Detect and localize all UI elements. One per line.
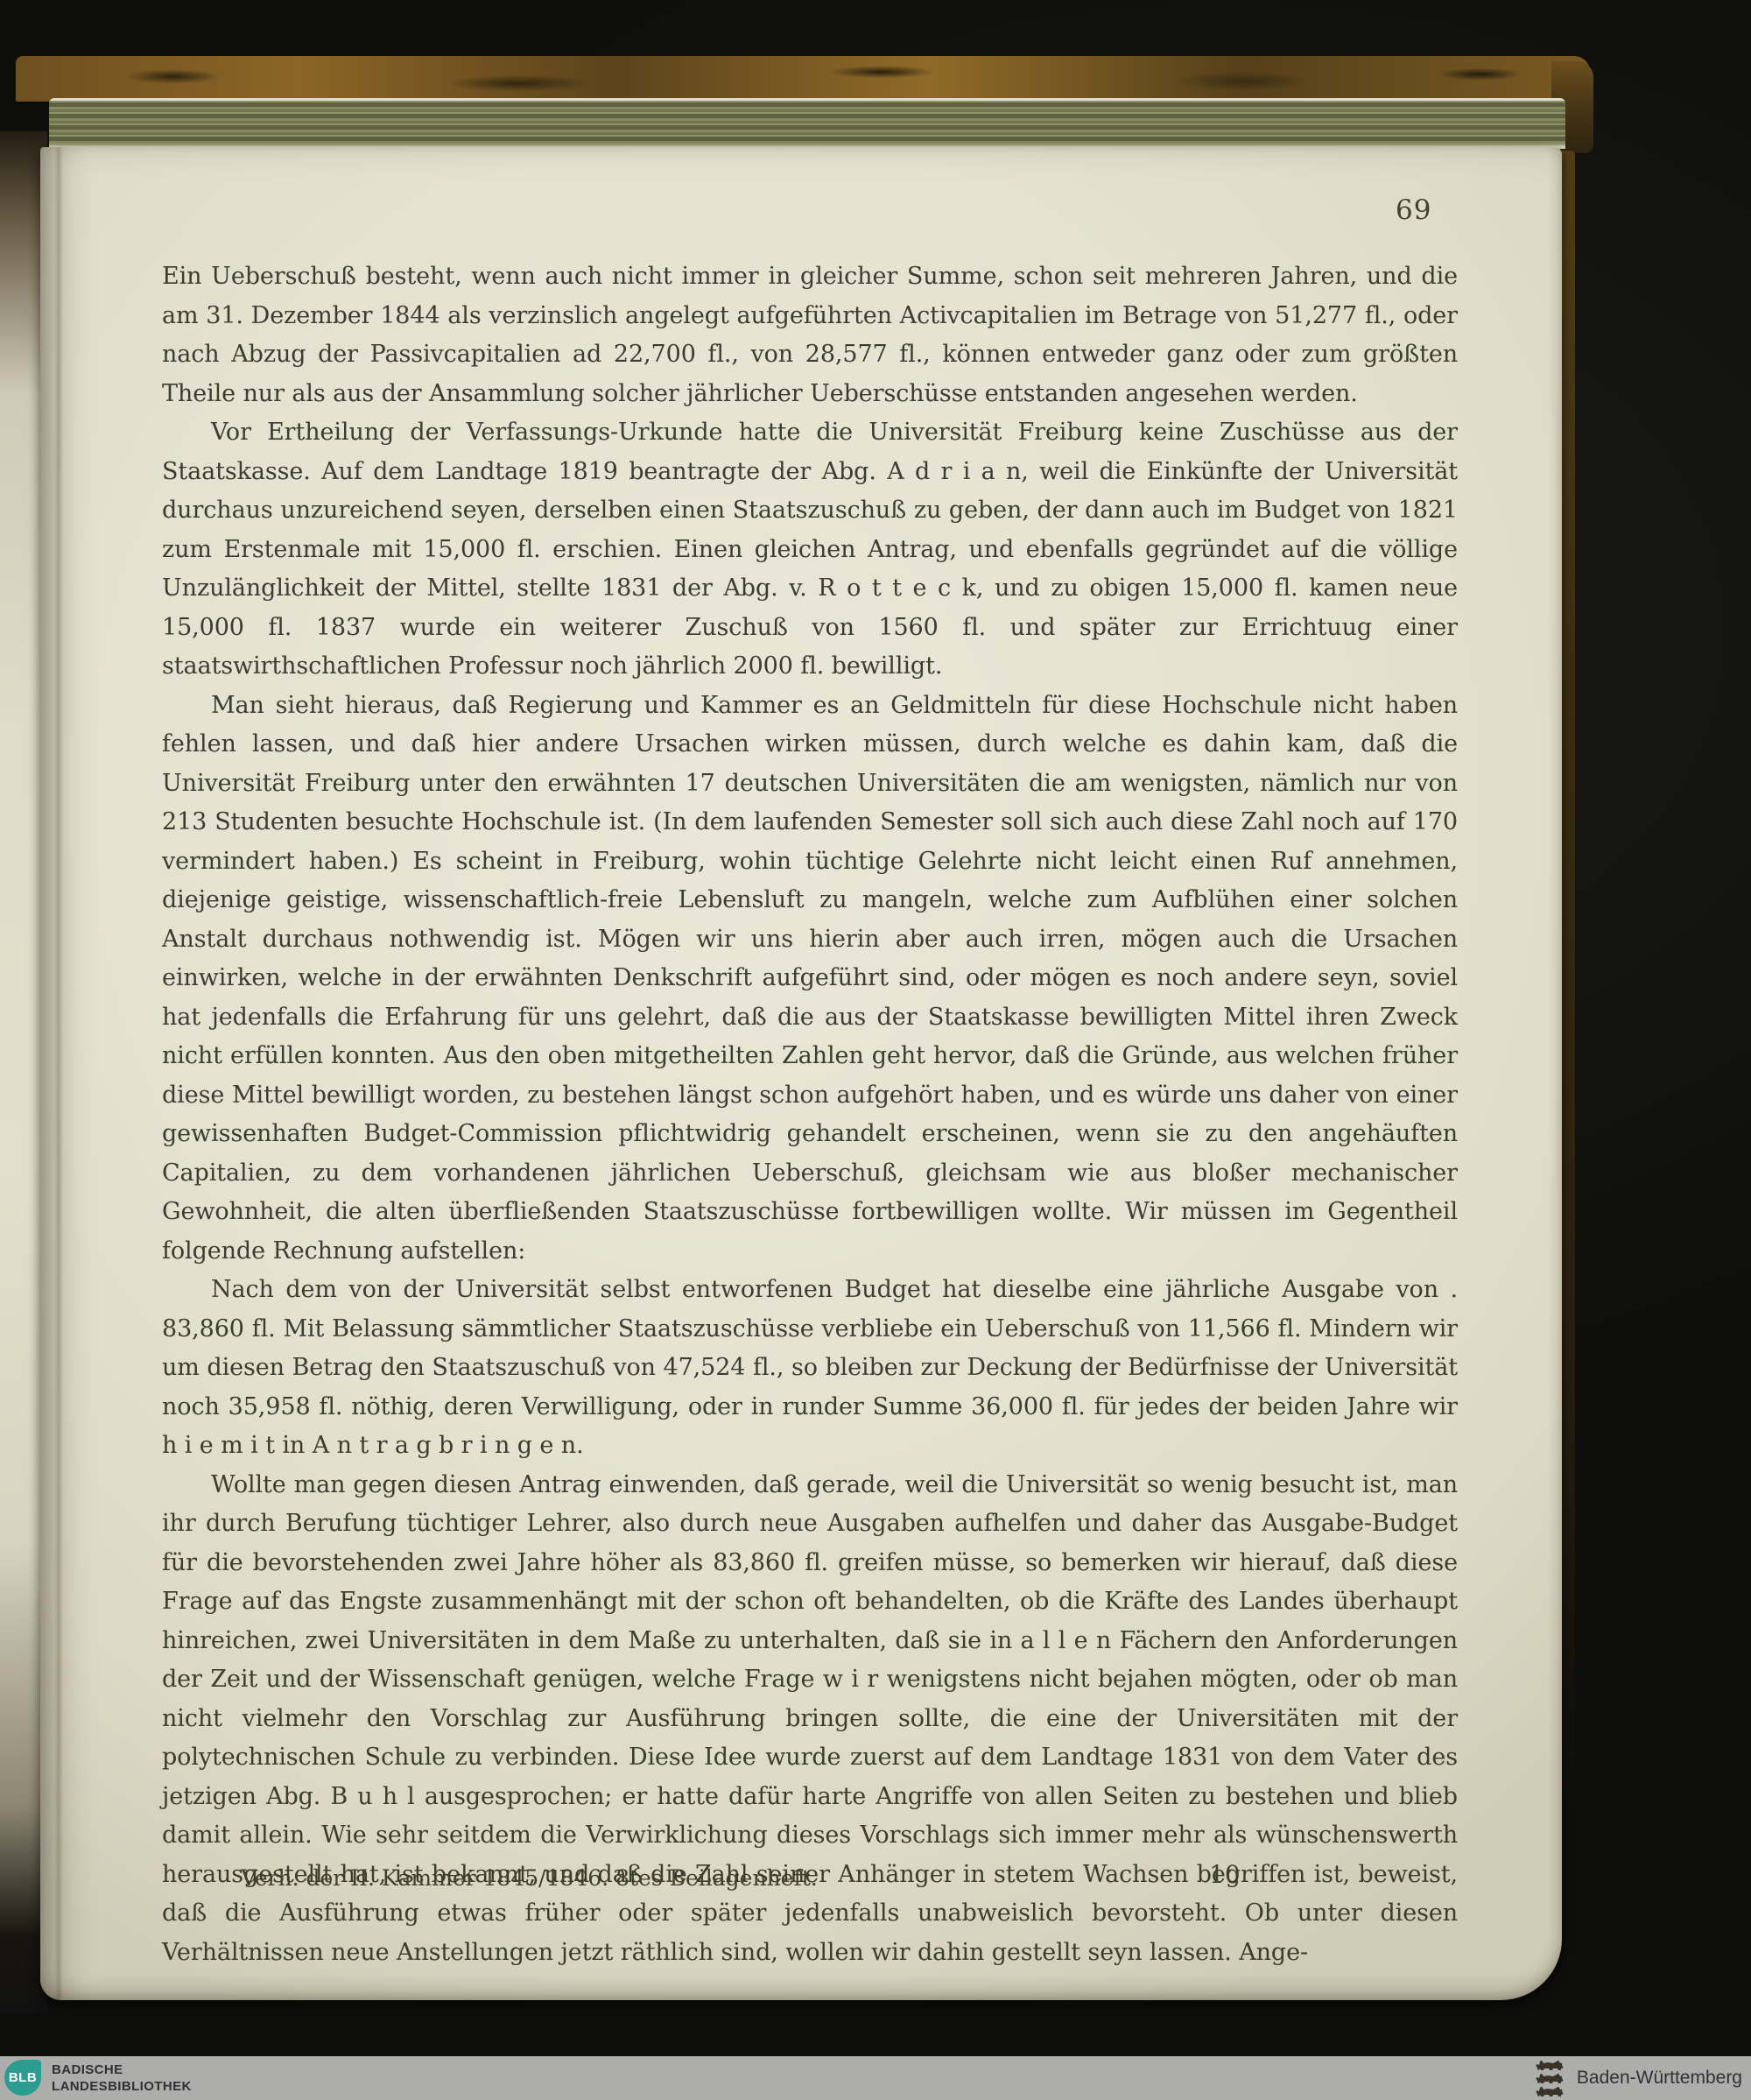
paragraph-1: Ein Ueberschuß besteht, wenn auch nicht …	[162, 257, 1458, 413]
blb-logo-text: BLB	[9, 2070, 37, 2085]
library-name: BADISCHE LANDESBIBLIOTHEK	[52, 2061, 192, 2095]
library-branding-bar: BLB BADISCHE LANDESBIBLIOTHEK Baden-Würt…	[0, 2056, 1751, 2100]
page-text: Ein Ueberschuß besteht, wenn auch nicht …	[162, 257, 1458, 1972]
page-block-top-edges	[49, 98, 1565, 149]
blb-logo-icon: BLB	[4, 2060, 41, 2096]
page-number: 69	[1396, 194, 1457, 226]
book-page: 69 Ein Ueberschuß besteht, wenn auch nic…	[40, 147, 1562, 2000]
paragraph-4: Nach dem von der Universität selbst entw…	[162, 1271, 1458, 1466]
paragraph-3: Man sieht hieraus, daß Regierung und Kam…	[162, 687, 1458, 1272]
baden-wuerttemberg-coat-of-arms-icon	[1535, 2058, 1566, 2098]
state-brand: Baden-Württemberg	[1535, 2058, 1742, 2098]
sheet-number: 10	[1209, 1860, 1241, 1889]
library-name-line1: BADISCHE	[52, 2061, 192, 2078]
library-brand: BLB BADISCHE LANDESBIBLIOTHEK	[4, 2060, 192, 2096]
page-footer: Verh. der II. Kammer 1845/1846. 8tes Bei…	[162, 1865, 1458, 1900]
library-name-line2: LANDESBIBLIOTHEK	[52, 2078, 192, 2095]
volume-signature: Verh. der II. Kammer 1845/1846. 8tes Bei…	[241, 1865, 818, 1891]
paragraph-2: Vor Ertheilung der Verfassungs-Urkunde h…	[162, 413, 1458, 687]
book-scan-photo: 69 Ein Ueberschuß besteht, wenn auch nic…	[0, 0, 1751, 2100]
state-label: Baden-Württemberg	[1577, 2068, 1742, 2089]
book-fore-edge-right	[1562, 151, 1575, 1815]
book-cover-top-edge	[16, 56, 1590, 102]
